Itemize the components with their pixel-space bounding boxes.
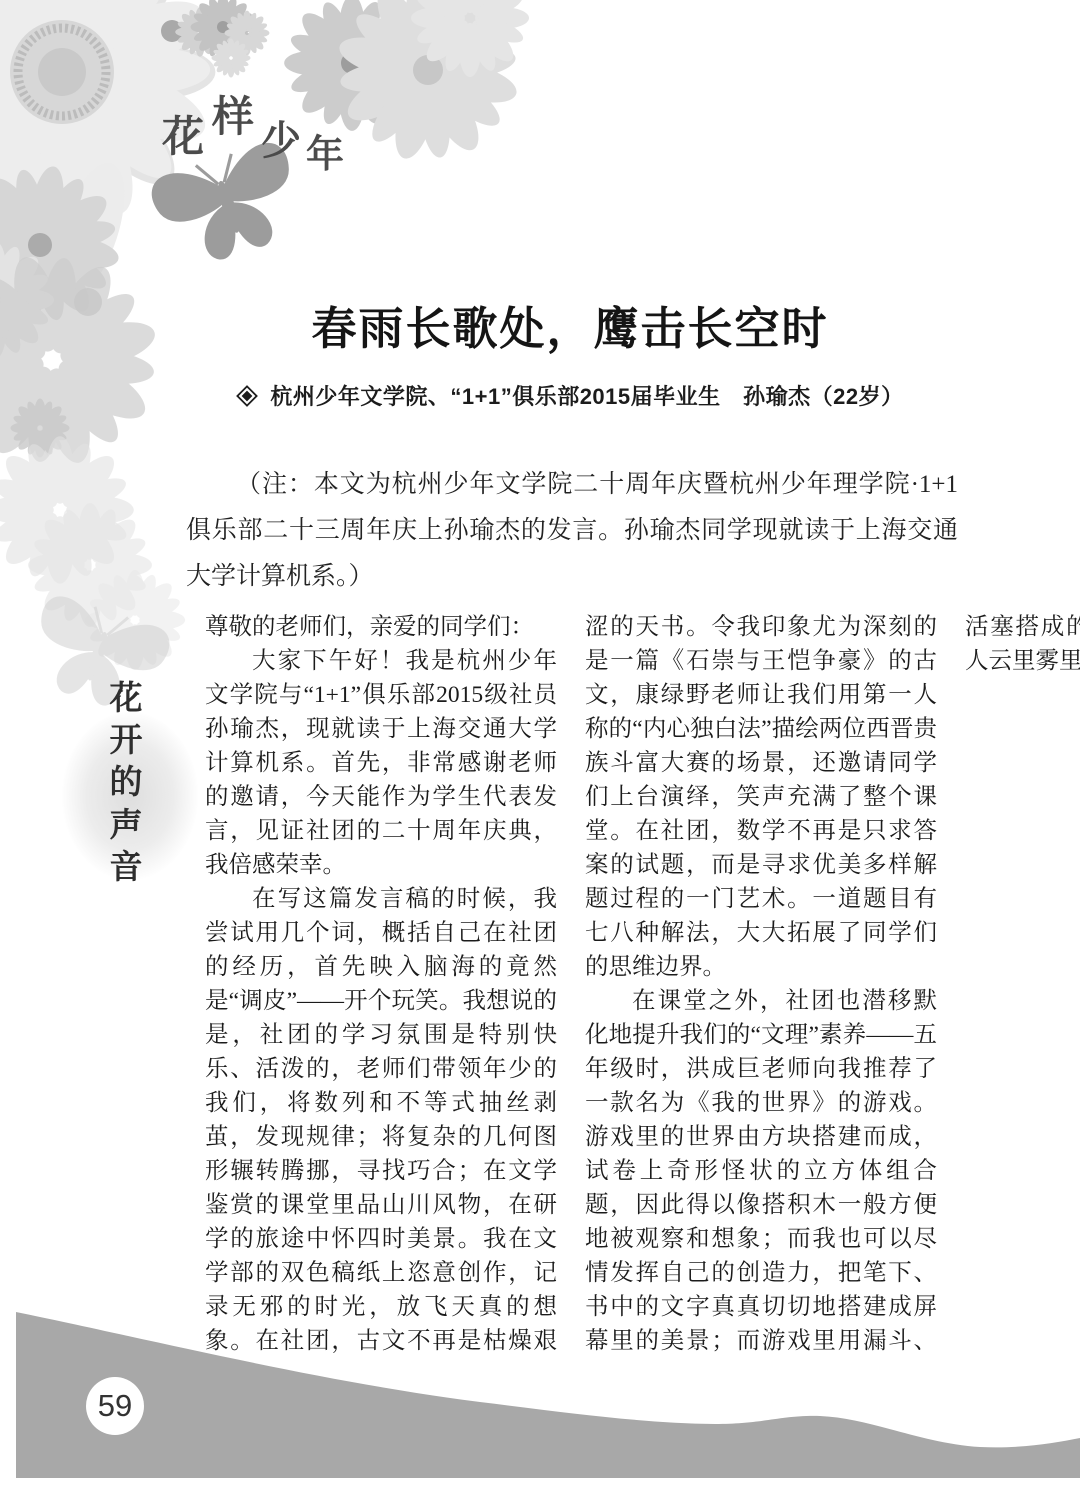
brand-logo-char: 少	[261, 121, 301, 161]
small-flower-cluster-icon	[161, 0, 269, 77]
page-number-badge: 59	[86, 1377, 144, 1435]
daisy-icon	[0, 153, 132, 359]
article-body: 尊敬的老师们，亲爱的同学们： 大家下午好！我是杭州少年文学院与“1+1”俱乐部2…	[205, 610, 937, 1362]
magazine-page: 花 样 少 年 春雨长歌处，鹰击长空时 杭州少年文学院、“1+1”俱乐部2015…	[0, 0, 1080, 1495]
sidebar-vertical-title-char: 开	[106, 723, 146, 756]
editor-note: （注：本文为杭州少年文学院二十周年庆暨杭州少年理学院·1+1俱乐部二十三周年庆上…	[186, 462, 958, 600]
sidebar-vertical-title-char: 花	[106, 681, 146, 714]
sidebar-vertical-title-char: 音	[106, 850, 146, 883]
sidebar-vertical-title-char: 声	[106, 808, 146, 841]
brand-logo-char: 年	[306, 136, 344, 174]
article-title: 春雨长歌处，鹰击长空时	[200, 292, 940, 357]
brand-logo-char: 花	[162, 116, 204, 158]
brand-logo-char: 样	[212, 96, 254, 138]
sidebar-vertical-title-char: 的	[106, 765, 146, 798]
page-number: 59	[98, 1388, 132, 1424]
left-margin-flowers-icon	[0, 215, 197, 719]
byline: 杭州少年文学院、“1+1”俱乐部2015届毕业生 孙瑜杰（22岁）	[200, 380, 940, 411]
body-paragraph: 大家下午好！我是杭州少年文学院与“1+1”俱乐部2015级社员孙瑜杰，现就读于上…	[205, 644, 557, 882]
diamond-bullet-icon	[236, 385, 258, 407]
body-paragraph: 尊敬的老师们，亲爱的同学们：	[205, 610, 557, 644]
byline-text: 杭州少年文学院、“1+1”俱乐部2015届毕业生 孙瑜杰（22岁）	[270, 384, 903, 409]
